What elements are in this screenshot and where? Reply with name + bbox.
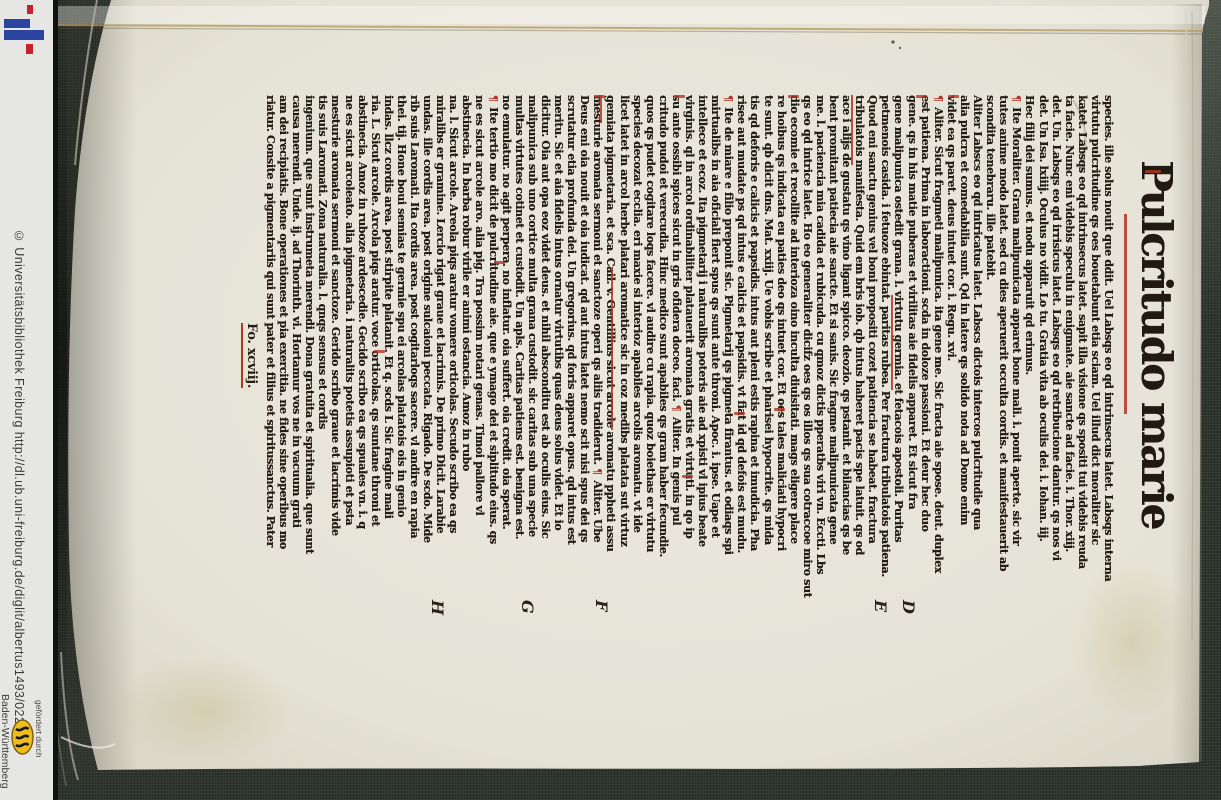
funding-label: gefördert durch [34, 700, 44, 758]
viewer-stage: Pulcritudo marie species. ille solus nou… [0, 0, 1221, 800]
rubric-stroke [494, 261, 505, 264]
rubric-underline [891, 295, 893, 390]
baden-wuerttemberg-coat-of-arms-icon [11, 718, 34, 761]
text-line: me. l. paciencia mia cadida et rubicuda.… [814, 95, 827, 620]
text-line: ¶ Ite Moraliter. Grana malipunicata appa… [1010, 95, 1023, 620]
text-line: Quod eni sanctu genius vel boni proposit… [866, 95, 879, 620]
rubric-stroke [774, 408, 785, 411]
text-line: mirtualibs in aia oficiali fiert spus qs… [709, 95, 722, 620]
text-line: ¶ Ite de miare e filio preponit sic. Pig… [722, 95, 735, 620]
text-line: licet latet in arcol herbe platari aroma… [617, 95, 630, 620]
copyright-text: © Universitätsbibliothek Freiburg [12, 229, 26, 428]
text-line: risee aut mudate ps qd intus e calicis e… [735, 95, 748, 620]
margin-letter: D [899, 600, 918, 614]
funding-region-label: Baden-Württemberg [0, 694, 11, 789]
folio-number: Fo. xcviij. [241, 323, 259, 388]
text-line: ¶ Aliter. Sicut fragmeti malipunica. ita… [932, 95, 945, 620]
text-line: multas virtutes cotinet et custodit. Un … [513, 95, 526, 620]
margin-letter: G [518, 600, 537, 614]
title-red-underline [1124, 214, 1127, 414]
text-line: quos qs pudet cogitare loqs facere. vl a… [644, 95, 657, 620]
text-line: indas. llcz cordis area. post stirpite p… [382, 95, 395, 620]
text-line: dicitur. Oia aut opa eoz videt deus. et … [539, 95, 552, 620]
text-line: scondita tenebraru. ille patebit. [984, 95, 997, 620]
rubric-stroke [948, 95, 959, 98]
text-line: virtutu pulcritudine qs oes bouetabunt e… [1089, 95, 1102, 620]
text-line: am dei recipiatis. Bone operationes et p… [277, 95, 290, 620]
body-text: species. ille solus nouit que ddit. Uel … [259, 95, 1115, 620]
text-line: gene. qs in his matie puberas et virilit… [906, 95, 919, 620]
margin-letter: E [871, 600, 890, 612]
text-line: te sunt. qb dicit dns. Mat. xxiij. Ue vo… [761, 95, 774, 620]
text-line: tis suis Laromati. Zona naturalia. l. qn… [316, 95, 329, 620]
margin-letter: F [592, 600, 611, 611]
text-line: det. Un. Labsqs eo qd irrisicus latet. L… [1050, 95, 1063, 620]
text-line: scrutatur etia profunda dei. Un gregoriu… [565, 95, 578, 620]
rubric-underline [600, 95, 602, 123]
text-line: species decozat ecclia. eri maxie si int… [631, 95, 644, 620]
text-line: gene malipunica ostedit grana. l. virtut… [892, 95, 905, 620]
text-line: malipunica sub uno cortice multa grana c… [526, 95, 539, 620]
text-line: alia pulcra et comedabilia sunt. Qd in l… [958, 95, 971, 620]
page-content-rotated: Pulcritudo marie species. ille solus nou… [63, 0, 1205, 770]
text-line: critudo pudoi et verecudia. Hinc medico … [657, 95, 670, 620]
text-line: ace i alijs de gustatu qs vino ligant sp… [840, 95, 853, 620]
text-line: riatur. Consite a pigmentariis qui sunt … [264, 95, 277, 620]
logo-red-square-top [27, 5, 33, 14]
text-line: thei. tij. Hone boui semias te germie sp… [395, 95, 408, 620]
rubric-stroke [594, 95, 605, 98]
rubric-underline [851, 95, 853, 165]
text-line: mesturie aromata sermoni et sanctoze. Ge… [329, 95, 342, 620]
text-line: causa merendi. Unde. ij. ad Thorinth. vi… [290, 95, 303, 620]
text-line: est patiena. Prima in laboractioni. scda… [919, 95, 932, 620]
text-line: ingenium. que sunt instrumeta merendi. D… [303, 95, 316, 620]
sidebar-vertical-text: © Universitätsbibliothek Freiburg http:/… [12, 203, 26, 783]
text-line: su ante ossibi spices sicut in gris ofid… [670, 95, 683, 620]
text-line: meritu. Sic et aia fidelis intus ornatur… [552, 95, 565, 620]
sidebar: © Universitätsbibliothek Freiburg http:/… [0, 0, 58, 800]
text-line: tribulatois manifesta. Quid em bris iob.… [853, 95, 866, 620]
logo-blue-bar-short [4, 19, 30, 28]
text-line: katet. Labsqs eo qd intrinsecus latet. s… [1076, 95, 1089, 620]
logo-red-square-bottom [26, 44, 33, 54]
rubric-stroke [916, 95, 927, 98]
text-line: na. l. Sicut arcole. Areola piqs aratur … [447, 95, 460, 620]
text-line: no emulatur. no agit perpera. no inflatu… [500, 95, 513, 620]
text-line: dio ecomie et recollite ad interioza oin… [788, 95, 801, 620]
text-line: rib suis Laromati. Ita cordis area. post… [408, 95, 421, 620]
text-line: mesturie aromata sermoni et sanctoze ope… [591, 95, 604, 620]
text-line: ria. L. Sicut arcole. Arcola piqs aratur… [369, 95, 382, 620]
text-line: intellece et ecoz. Ita pigmetarij i natu… [696, 95, 709, 620]
text-line: videt ea qs paret. deus intuet cor. i. R… [945, 95, 958, 620]
text-line: ne es sicut arcoleato. alia pigmetaria. … [342, 95, 355, 620]
rubric-stroke [734, 412, 745, 415]
text-line: det. Un Isa. lxiiij. Oculus no vidit. Lo… [1036, 95, 1049, 620]
text-line: ¶ Ite tertio mo dicit de pulcritudine ai… [487, 95, 500, 620]
text-line: bent promitant patiecia aie sancte. Et s… [827, 95, 840, 620]
rubric-stroke [788, 95, 799, 98]
text-line: abstinecia. In barba robur virile er ani… [460, 95, 473, 620]
text-line: tis qd deforis e calicis et papsidis. in… [748, 95, 761, 620]
logo-blue-bar-long [4, 30, 44, 40]
text-line: virginis. ql in arcol ordinabiliter plat… [683, 95, 696, 620]
rubric-underline [611, 268, 613, 430]
text-line: qs eo qd intrice latet. Ho eo generalite… [801, 95, 814, 620]
rubric-stroke [674, 95, 685, 98]
text-line: ne es sicut arcole aro. alia pig. Tra po… [473, 95, 486, 620]
rubric-stroke [1145, 170, 1161, 173]
rubric-stroke [682, 475, 693, 478]
text-line: Aliter Labscs eo qd intricatus latet. La… [971, 95, 984, 620]
text-line: species. ille solus nouit que ddit. Uel … [1102, 95, 1115, 620]
margin-letter: H [428, 600, 447, 615]
rubric-stroke [374, 350, 385, 353]
text-line: Deus eni oia nouit et oia iudicat. qd au… [578, 95, 591, 620]
text-line: Hec filij dei sumus. et nodu apparuit qd… [1023, 95, 1036, 620]
text-line: ta facie. Nunc eni videbis speculu in en… [1063, 95, 1076, 620]
source-url: http://dl.ub.uni-freiburg.de/diglit/albe… [12, 432, 26, 732]
running-title: Pulcritudo marie [1132, 160, 1181, 528]
text-line: abstinecia. Amoz in ruboze ardescedie. G… [356, 95, 369, 620]
text-line: undas. ille cordis area. post origine su… [421, 95, 434, 620]
text-line: re hoibus qs indicata eu paties deo qs i… [775, 95, 788, 620]
text-line: miralibs er gramine. Lercio rigat graue … [434, 95, 447, 620]
text-line: tutes anime modo latet. sed cu dies aper… [997, 95, 1010, 620]
